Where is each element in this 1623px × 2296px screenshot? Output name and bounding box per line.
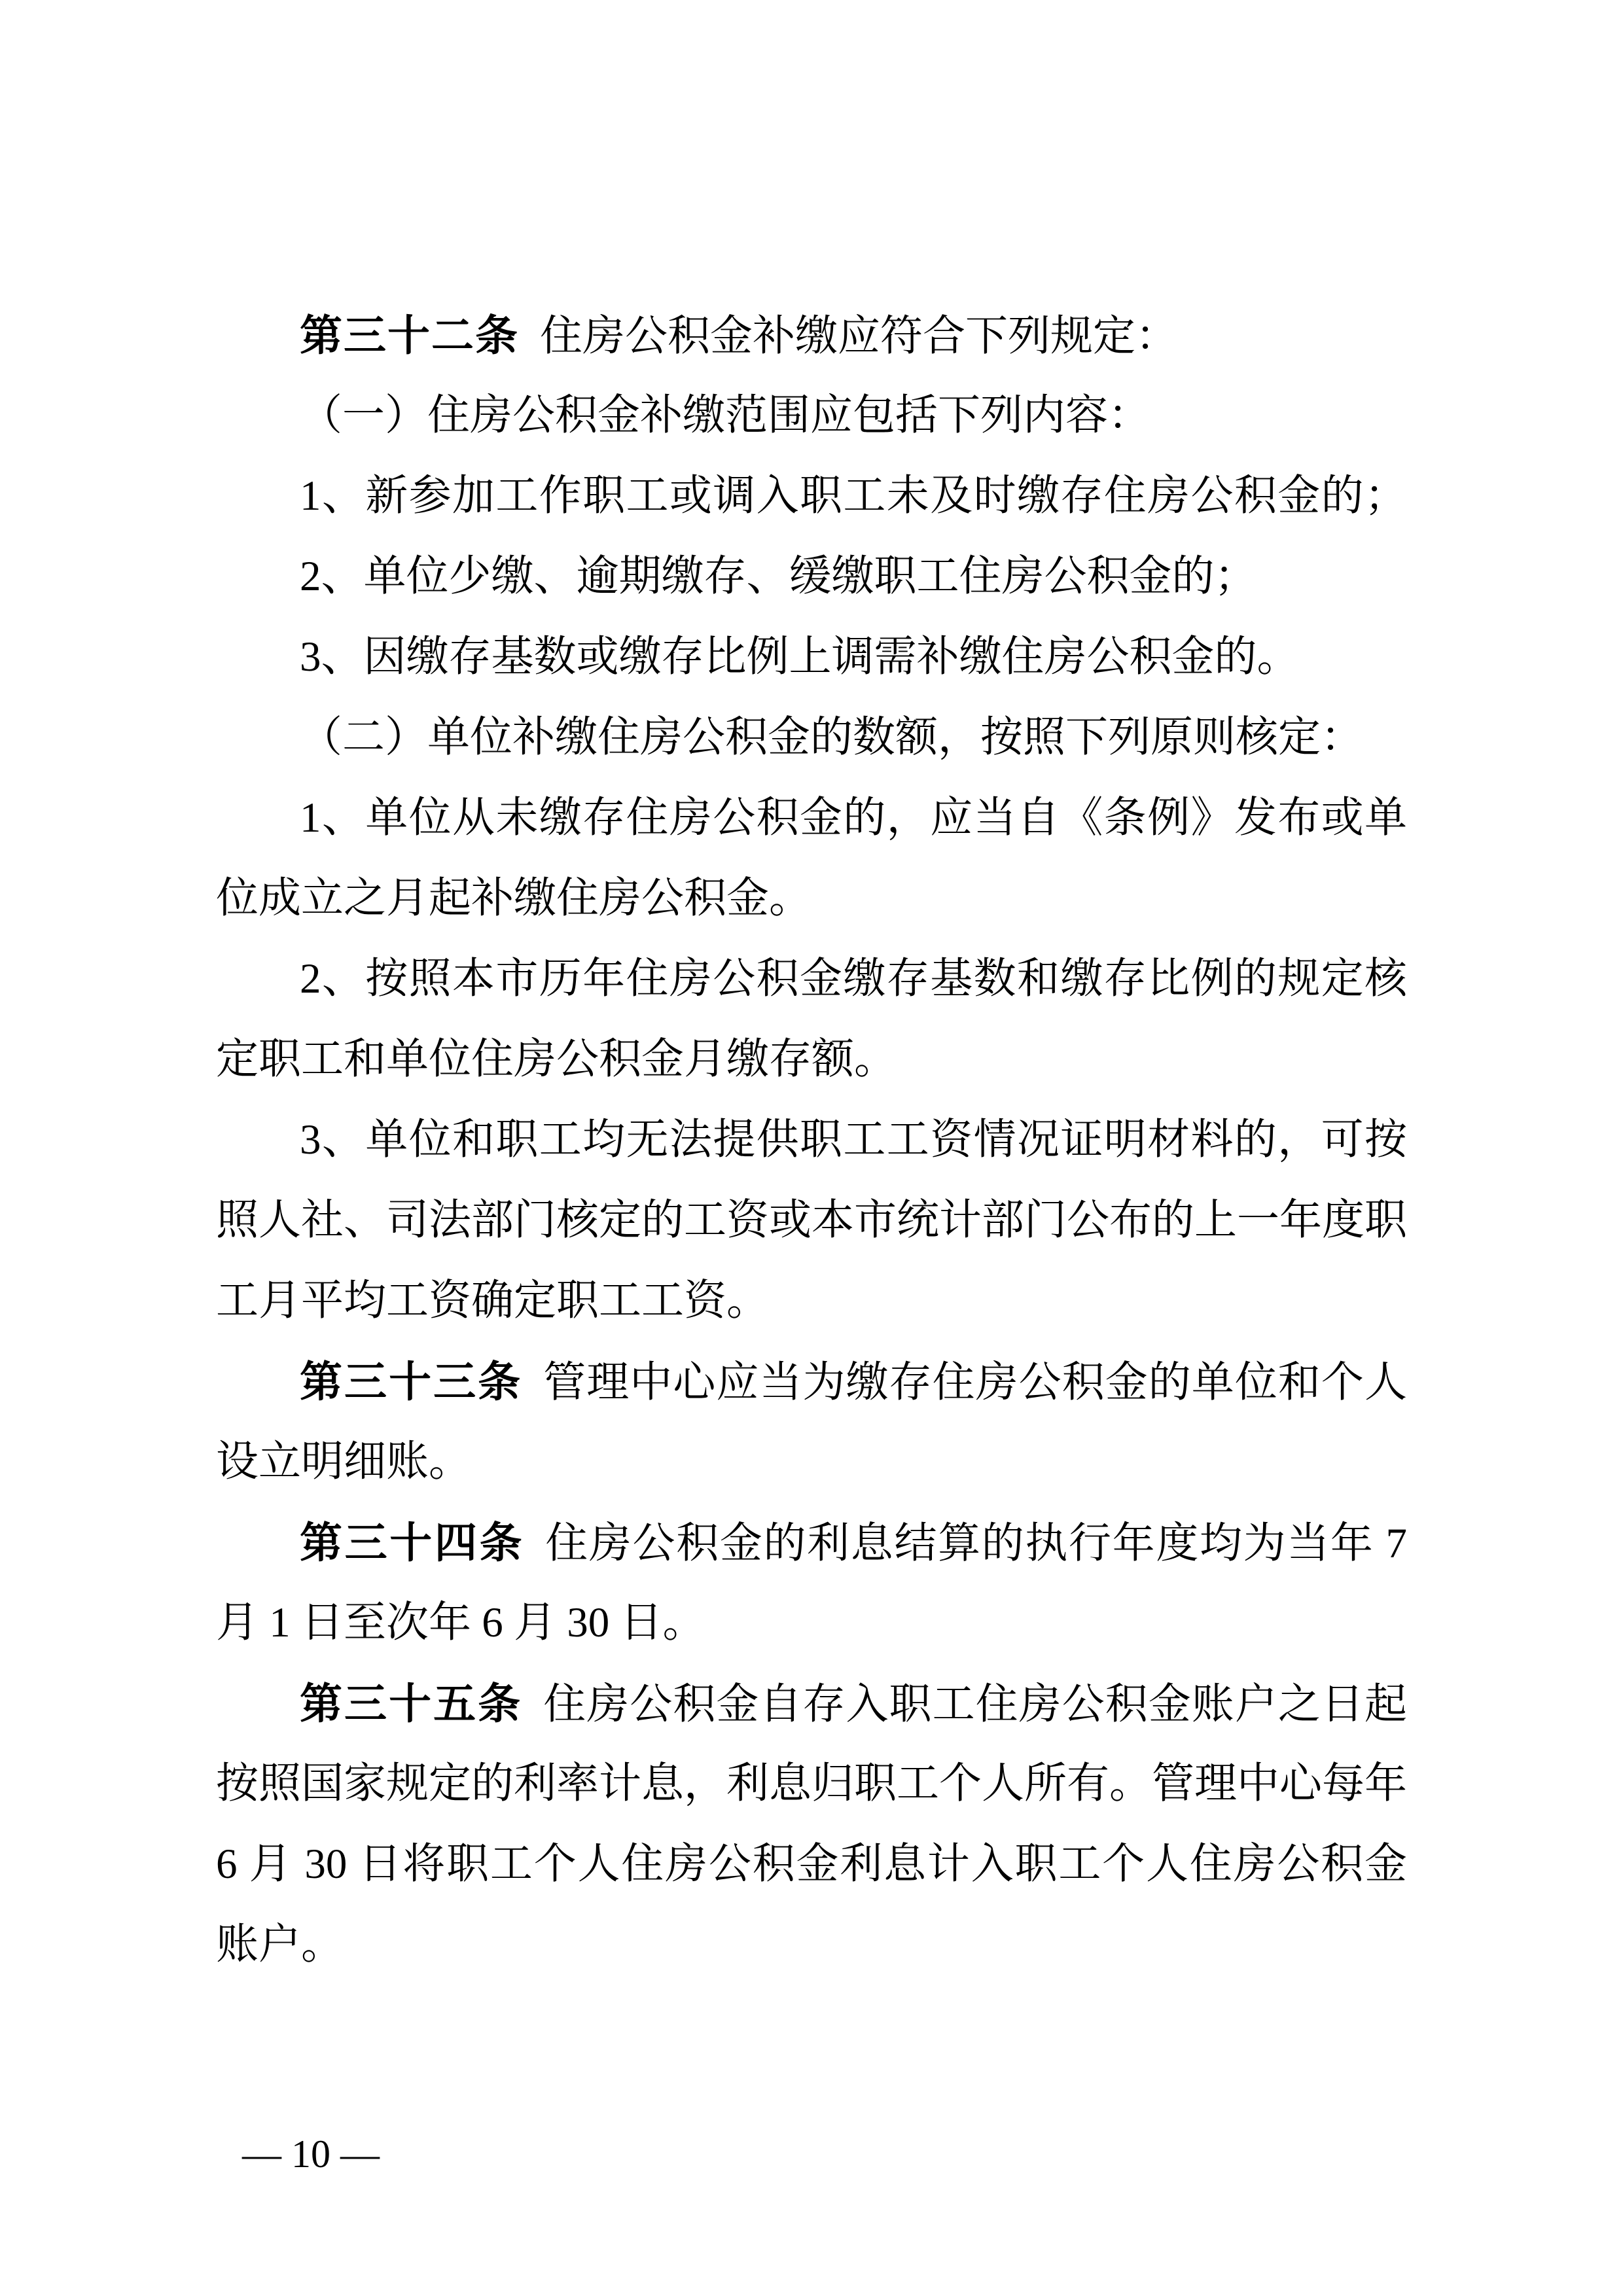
text-line: 第三十五条住房公积金自存入职工住房公积金账户之日起	[216, 1663, 1407, 1744]
text-line: （一）住房公积金补缴范围应包括下列内容：	[216, 376, 1407, 456]
text-line: （二）单位补缴住房公积金的数额，按照下列原则核定：	[216, 698, 1407, 778]
text-line: 月 1 日至次年 6 月 30 日。	[216, 1583, 1407, 1663]
line-text: 住房公积金的利息结算的执行年度均为当年 7	[545, 1520, 1407, 1567]
text-line: 3、单位和职工均无法提供职工工资情况证明材料的，可按	[216, 1100, 1407, 1180]
line-text: 工月平均工资确定职工工资。	[216, 1277, 769, 1324]
article-number: 第三十五条	[300, 1680, 522, 1727]
text-line: 位成立之月起补缴住房公积金。	[216, 858, 1407, 939]
line-text: 住房公积金自存入职工住房公积金账户之日起	[543, 1681, 1407, 1728]
article-number: 第三十三条	[300, 1358, 522, 1405]
line-text: 管理中心应当为缴存住房公积金的单位和个人	[543, 1359, 1407, 1406]
text-line: 2、单位少缴、逾期缴存、缓缴职工住房公积金的；	[216, 537, 1407, 617]
text-line: 2、按照本市历年住房公积金缴存基数和缴存比例的规定核	[216, 939, 1407, 1019]
document-page: { "page": { "background": "#ffffff", "te…	[0, 0, 1623, 2296]
line-text: 3、单位和职工均无法提供职工工资情况证明材料的，可按	[300, 1116, 1407, 1163]
text-line: 第三十二条住房公积金补缴应符合下列规定：	[216, 295, 1407, 376]
text-line: 第三十四条住房公积金的利息结算的执行年度均为当年 7	[216, 1502, 1407, 1583]
text-line: 工月平均工资确定职工工资。	[216, 1261, 1407, 1341]
line-text: 设立明细账。	[216, 1438, 471, 1485]
text-line: 照人社、司法部门核定的工资或本市统计部门公布的上一年度职	[216, 1180, 1407, 1261]
line-text: （一）住房公积金补缴范围应包括下列内容：	[300, 392, 1150, 439]
text-line: 6 月 30 日将职工个人住房公积金利息计入职工个人住房公积金	[216, 1824, 1407, 1905]
line-text: 账户。	[216, 1921, 344, 1968]
text-line: 3、因缴存基数或缴存比例上调需补缴住房公积金的。	[216, 617, 1407, 698]
line-text: 3、因缴存基数或缴存比例上调需补缴住房公积金的。	[300, 633, 1300, 680]
text-line: 定职工和单位住房公积金月缴存额。	[216, 1019, 1407, 1100]
line-text: 2、单位少缴、逾期缴存、缓缴职工住房公积金的；	[300, 553, 1257, 600]
text-line: 1、单位从未缴存住房公积金的，应当自《条例》发布或单	[216, 778, 1407, 858]
line-text: 照人社、司法部门核定的工资或本市统计部门公布的上一年度职	[216, 1197, 1407, 1244]
line-text: 月 1 日至次年 6 月 30 日。	[216, 1599, 705, 1646]
text-line: 第三十三条管理中心应当为缴存住房公积金的单位和个人	[216, 1341, 1407, 1422]
line-text: 2、按照本市历年住房公积金缴存基数和缴存比例的规定核	[300, 955, 1407, 1002]
text-line: 按照国家规定的利率计息，利息归职工个人所有。管理中心每年	[216, 1744, 1407, 1824]
line-text: 住房公积金补缴应符合下列规定：	[540, 313, 1178, 360]
text-line: 设立明细账。	[216, 1422, 1407, 1502]
article-number: 第三十四条	[300, 1519, 524, 1566]
line-text: 位成立之月起补缴住房公积金。	[216, 875, 811, 922]
page-number: — 10 —	[242, 2132, 380, 2177]
line-text: 6 月 30 日将职工个人住房公积金利息计入职工个人住房公积金	[216, 1841, 1407, 1888]
document-text-block: 第三十二条住房公积金补缴应符合下列规定： （一）住房公积金补缴范围应包括下列内容…	[216, 295, 1407, 1985]
line-text: 按照国家规定的利率计息，利息归职工个人所有。管理中心每年	[216, 1760, 1407, 1807]
line-text: 1、单位从未缴存住房公积金的，应当自《条例》发布或单	[300, 794, 1407, 841]
text-line: 账户。	[216, 1905, 1407, 1985]
line-text: （二）单位补缴住房公积金的数额，按照下列原则核定：	[300, 714, 1363, 761]
text-line: 1、新参加工作职工或调入职工未及时缴存住房公积金的；	[216, 456, 1407, 537]
line-text: 1、新参加工作职工或调入职工未及时缴存住房公积金的；	[300, 472, 1407, 520]
article-number: 第三十二条	[300, 311, 519, 359]
line-text: 定职工和单位住房公积金月缴存额。	[216, 1036, 897, 1083]
